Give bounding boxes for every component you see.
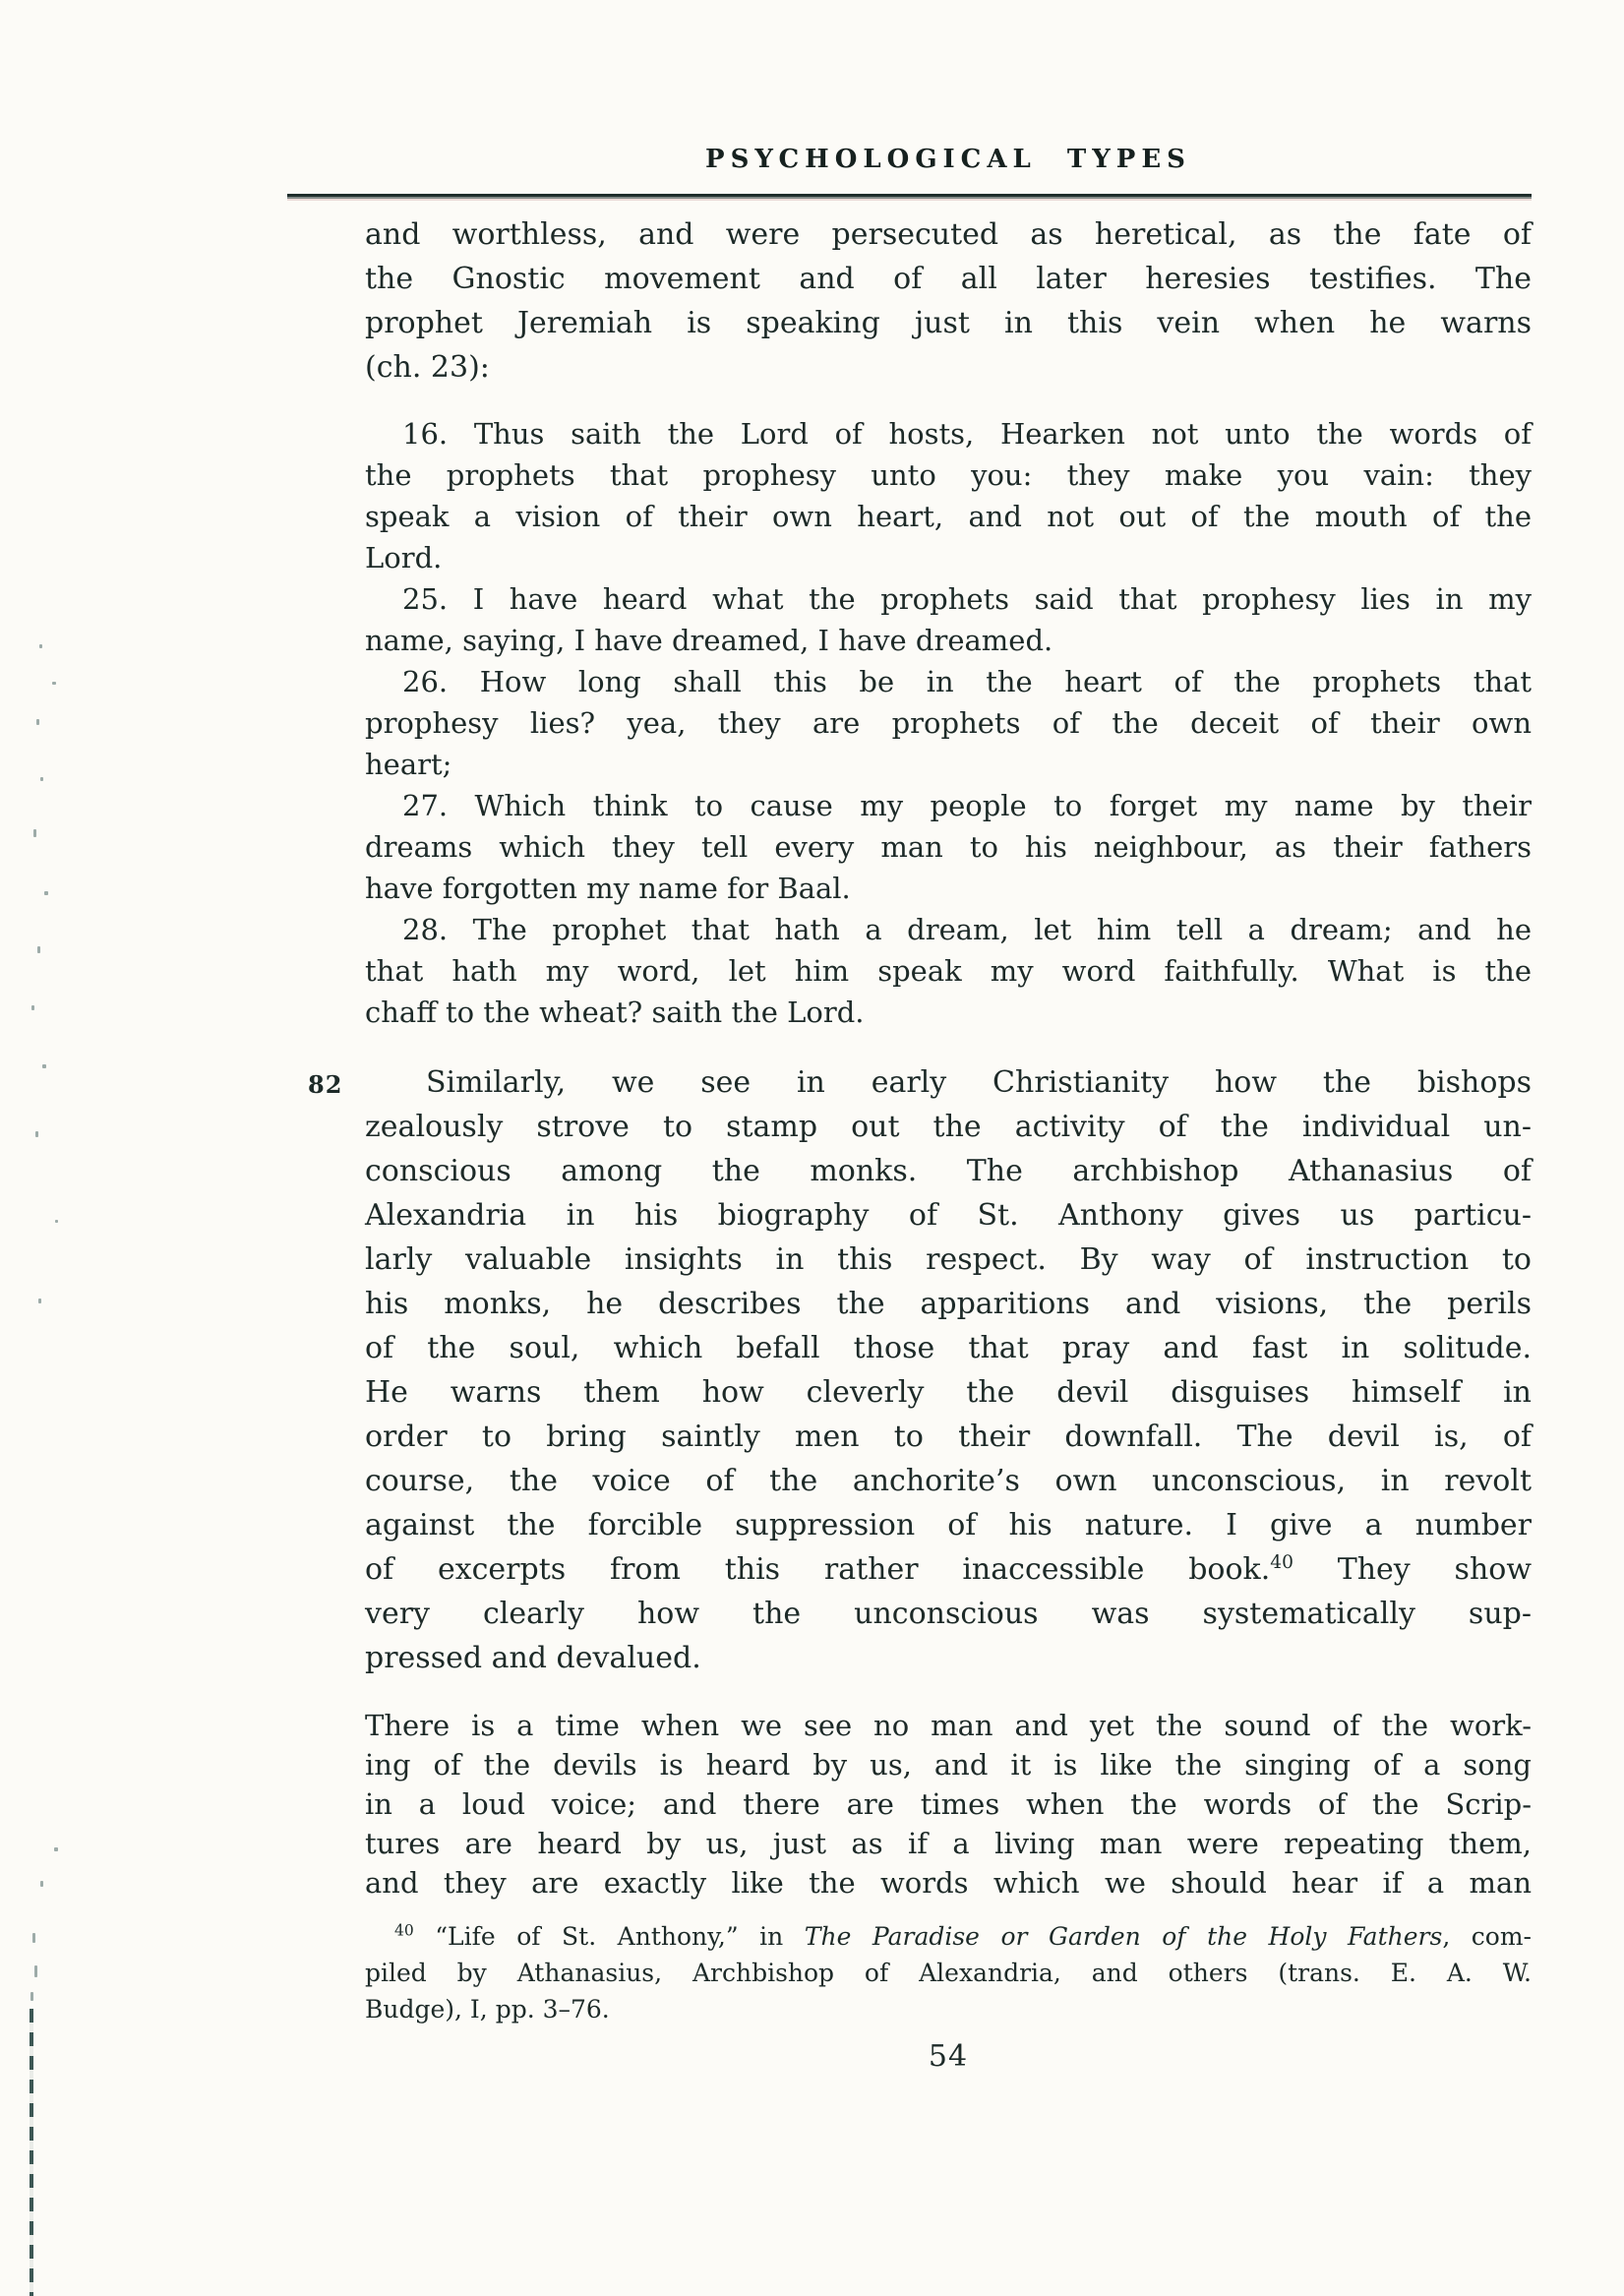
scan-artifact-speck (30, 1992, 33, 2001)
text-line: Lord. (365, 537, 1532, 578)
scan-artifact-speck (52, 682, 56, 685)
text-line: and they are exactly like the words whic… (365, 1863, 1532, 1903)
text-line: chaff to the wheat? saith the Lord. (365, 992, 1532, 1033)
verse-27: 27. Which think to cause my people to fo… (365, 785, 1532, 909)
scan-artifact-speck (40, 1881, 43, 1887)
scan-artifact-speck (40, 777, 43, 781)
text-line: prophesy lies? yea, they are prophets of… (365, 702, 1532, 744)
footnote-40: 40 “Life of St. Anthony,” in The Paradis… (365, 1918, 1532, 2027)
text-line: zealously strove to stamp out the activi… (365, 1105, 1532, 1149)
scan-artifact-speck (54, 1847, 58, 1851)
scan-artifact-speck (37, 946, 40, 953)
text-line: tures are heard by us, just as if a livi… (365, 1824, 1532, 1863)
text-block: and worthless, and were persecuted as he… (365, 212, 1532, 2027)
excerpt-paragraph: There is a time when we see no man and y… (365, 1706, 1532, 1903)
running-head: PSYCHOLOGICAL TYPES (365, 143, 1532, 176)
text-line: his monks, he describes the apparitions … (365, 1282, 1532, 1326)
text-line: of the soul, which befall those that pra… (365, 1326, 1532, 1370)
scan-artifact-speck (34, 1965, 37, 1977)
intro-paragraph: and worthless, and were persecuted as he… (365, 212, 1532, 390)
scan-artifact-speck (31, 1005, 34, 1010)
text-line: and worthless, and were persecuted as he… (365, 212, 1532, 257)
scan-artifact-speck (32, 1933, 35, 1943)
text-line: Similarly, we see in early Christianity … (365, 1060, 1532, 1105)
text-line: the Gnostic movement and of all later he… (365, 257, 1532, 301)
text-line: Alexandria in his biography of St. Antho… (365, 1193, 1532, 1238)
text-line: Budge), I, pp. 3–76. (365, 1991, 1532, 2027)
text-column: PSYCHOLOGICAL TYPES and worthless, and w… (365, 143, 1532, 2074)
text-line: against the forcible suppression of his … (365, 1503, 1532, 1547)
verse-28: 28. The prophet that hath a dream, let h… (365, 909, 1532, 1033)
text-line: of excerpts from this rather inaccessibl… (365, 1547, 1532, 1592)
text-line: that hath my word, let him speak my word… (365, 950, 1532, 992)
scan-artifact-binding-line (30, 2009, 33, 2296)
text-line: larly valuable insights in this respect.… (365, 1238, 1532, 1282)
verse-26: 26. How long shall this be in the heart … (365, 661, 1532, 785)
text-line: pressed and devalued. (365, 1636, 1532, 1680)
paragraph-margin-number: 82 (308, 1062, 342, 1107)
scan-artifact-speck (36, 719, 39, 725)
text-line: heart; (365, 744, 1532, 785)
scan-artifact-speck (44, 891, 48, 895)
verse-25: 25. I have heard what the prophets said … (365, 578, 1532, 661)
scan-artifact-speck (35, 1131, 38, 1137)
text-line: very clearly how the unconscious was sys… (365, 1592, 1532, 1636)
text-line: dreams which they tell every man to his … (365, 826, 1532, 868)
scan-artifact-speck (33, 829, 36, 837)
text-line: ing of the devils is heard by us, and it… (365, 1745, 1532, 1784)
book-page-scan: PSYCHOLOGICAL TYPES and worthless, and w… (0, 0, 1624, 2296)
text-line: There is a time when we see no man and y… (365, 1706, 1532, 1745)
text-line: 28. The prophet that hath a dream, let h… (365, 909, 1532, 950)
text-line: (ch. 23): (365, 345, 1532, 390)
text-line: order to bring saintly men to their down… (365, 1415, 1532, 1459)
paragraph-82: 82Similarly, we see in early Christianit… (365, 1060, 1532, 1680)
page-number: 54 (365, 2039, 1532, 2074)
text-line: conscious among the monks. The archbisho… (365, 1149, 1532, 1193)
text-line: 25. I have heard what the prophets said … (365, 578, 1532, 620)
text-line: piled by Athanasius, Archbishop of Alexa… (365, 1955, 1532, 1991)
text-line: 16. Thus saith the Lord of hosts, Hearke… (365, 413, 1532, 454)
text-line: 26. How long shall this be in the heart … (365, 661, 1532, 702)
scan-artifact-speck (55, 1220, 58, 1223)
text-line: speak a vision of their own heart, and n… (365, 496, 1532, 537)
text-line: name, saying, I have dreamed, I have dre… (365, 620, 1532, 661)
text-line: prophet Jeremiah is speaking just in thi… (365, 301, 1532, 345)
text-line: the prophets that prophesy unto you: the… (365, 454, 1532, 496)
text-line: course, the voice of the anchorite’s own… (365, 1459, 1532, 1503)
text-line: in a loud voice; and there are times whe… (365, 1784, 1532, 1824)
verse-16: 16. Thus saith the Lord of hosts, Hearke… (365, 413, 1532, 578)
header-rule (287, 194, 1532, 199)
text-line: 40 “Life of St. Anthony,” in The Paradis… (365, 1918, 1532, 1955)
scan-artifact-speck (42, 1064, 46, 1068)
text-line: have forgotten my name for Baal. (365, 868, 1532, 909)
scan-artifact-speck (39, 644, 42, 648)
text-line: 27. Which think to cause my people to fo… (365, 785, 1532, 826)
text-line: He warns them how cleverly the devil dis… (365, 1370, 1532, 1415)
scan-artifact-speck (38, 1299, 41, 1303)
